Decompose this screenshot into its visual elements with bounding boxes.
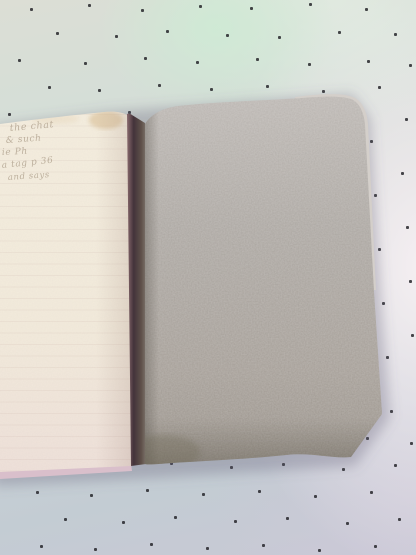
right-page [128,94,390,470]
left-page-spine-crease [96,110,131,470]
open-notebook: the chat & such ie Ph a tag p 36 and say… [0,0,416,555]
right-page-texture-light [145,97,382,465]
page-spine-shadow [143,110,159,470]
handwriting-line: ie Ph [2,147,28,158]
notebook-photo-scene: the chat & such ie Ph a tag p 36 and say… [0,0,416,555]
left-page: the chat & such ie Ph a tag p 36 and say… [0,110,131,472]
